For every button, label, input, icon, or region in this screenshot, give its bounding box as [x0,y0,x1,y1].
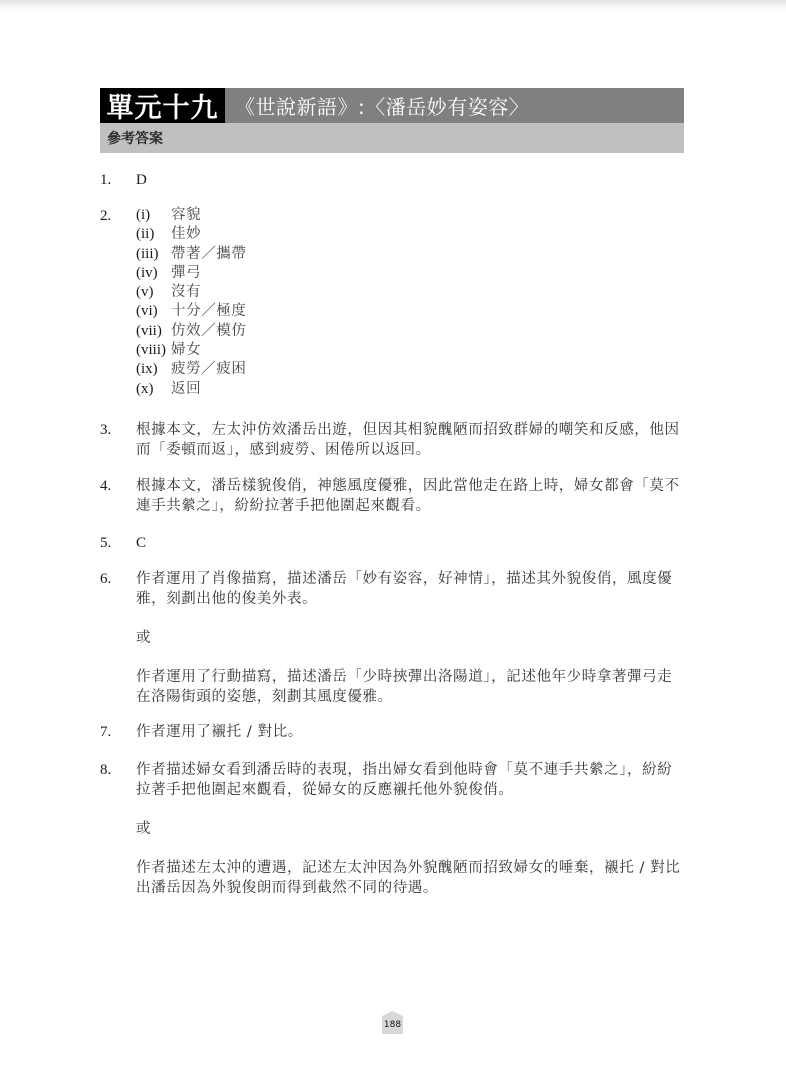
section-bar: 參考答案 [100,123,684,153]
alternative-separator: 或 [136,819,684,839]
sub-answer-item: (ii) 佳妙 [136,225,684,244]
sub-answer-item: (iii) 帶著／攜帶 [136,245,684,264]
sub-answer-item: (vii) 仿效／模仿 [136,322,684,341]
answer-text: 作者描述婦女看到潘岳時的表現，指出婦女看到他時會「莫不連手共縈之」，紛紛拉著手把… [136,760,684,800]
sub-answer-label: (i) [136,206,171,225]
answer-item-3: 3. 根據本文，左太沖仿效潘岳出遊，但因其相貌醜陋而招致群婦的嘲笑和反感，他因而… [100,420,684,460]
sub-answer-text: 佳妙 [171,225,201,244]
sub-answer-label: (ii) [136,225,171,244]
sub-answer-label: (x) [136,380,171,399]
sub-answer-item: (viii) 婦女 [136,341,684,360]
answer-text: 作者運用了襯托 / 對比。 [136,722,684,742]
sub-answer-label: (v) [136,283,171,302]
answer-body: 作者描述婦女看到潘岳時的表現，指出婦女看到他時會「莫不連手共縈之」，紛紛拉著手把… [136,760,684,898]
sub-answer-text: 帶著／攜帶 [171,245,247,264]
sub-answer-text: 彈弓 [171,264,201,283]
page-top-shadow [0,0,786,14]
sub-answer-list: (i) 容貌 (ii) 佳妙 (iii) 帶著／攜帶 (iv) 彈弓 (v) 沒… [136,206,684,399]
answer-text: 根據本文，潘岳樣貌俊俏，神態風度優雅，因此當他走在路上時，婦女都會「莫不連手共縈… [136,476,684,516]
answer-body: 作者運用了襯托 / 對比。 [136,722,684,742]
page-number: 188 [384,1020,401,1034]
answer-text: 作者運用了肖像描寫，描述潘岳「妙有姿容，好神情」，描述其外貌俊俏，風度優雅，刻劃… [136,569,684,609]
answer-text: 根據本文，左太沖仿效潘岳出遊，但因其相貌醜陋而招致群婦的嘲笑和反感，他因而「委頓… [136,420,684,460]
answer-item-8: 8. 作者描述婦女看到潘岳時的表現，指出婦女看到他時會「莫不連手共縈之」，紛紛拉… [100,760,684,898]
answer-number: 5. [100,533,136,553]
sub-answer-label: (viii) [136,341,171,360]
answer-number: 3. [100,420,136,460]
answer-text-alternative: 作者描述左太沖的遭遇，記述左太沖因為外貌醜陋而招致婦女的唾棄，襯托 / 對比出潘… [136,858,684,898]
unit-label: 單元十九 [100,88,225,123]
answer-item-1: 1. D [100,170,684,190]
sub-answer-text: 十分／極度 [171,302,247,321]
answer-item-2: 2. (i) 容貌 (ii) 佳妙 (iii) 帶著／攜帶 (iv) 彈弓 (v… [100,206,684,399]
alternative-separator: 或 [136,628,684,648]
answer-text-alternative: 作者運用了行動描寫，描述潘岳「少時挾彈出洛陽道」，記述他年少時拿著彈弓走在洛陽街… [136,667,684,707]
answer-number: 8. [100,760,136,898]
answer-body: C [136,533,684,553]
answer-item-6: 6. 作者運用了肖像描寫，描述潘岳「妙有姿容，好神情」，描述其外貌俊俏，風度優雅… [100,569,684,707]
sub-answer-text: 仿效／模仿 [171,322,247,341]
sub-answer-item: (vi) 十分／極度 [136,302,684,321]
title-bar: 單元十九 《世說新語》:〈潘岳妙有姿容〉 [100,88,684,123]
answer-item-4: 4. 根據本文，潘岳樣貌俊俏，神態風度優雅，因此當他走在路上時，婦女都會「莫不連… [100,476,684,516]
answer-text: D [136,170,684,190]
sub-answer-label: (ix) [136,360,171,379]
section-label: 參考答案 [107,128,163,148]
page-number-badge: 188 [382,1011,403,1034]
answer-number: 2. [100,206,136,399]
answer-number: 1. [100,170,136,190]
answer-text: C [136,533,684,553]
answer-body: D [136,170,684,190]
sub-answer-text: 沒有 [171,283,201,302]
answer-number: 4. [100,476,136,516]
sub-answer-item: (v) 沒有 [136,283,684,302]
sub-answer-item: (iv) 彈弓 [136,264,684,283]
sub-answer-text: 返回 [171,380,201,399]
sub-answer-item: (x) 返回 [136,380,684,399]
answer-number: 6. [100,569,136,707]
answer-body: 作者運用了肖像描寫，描述潘岳「妙有姿容，好神情」，描述其外貌俊俏，風度優雅，刻劃… [136,569,684,707]
sub-answer-text: 疲勞／疲困 [171,360,247,379]
answer-body: 根據本文，左太沖仿效潘岳出遊，但因其相貌醜陋而招致群婦的嘲笑和反感，他因而「委頓… [136,420,684,460]
unit-header: 單元十九 《世說新語》:〈潘岳妙有姿容〉 參考答案 [100,88,684,153]
answer-item-5: 5. C [100,533,684,553]
sub-answer-text: 容貌 [171,206,201,225]
sub-answer-label: (iv) [136,264,171,283]
answer-item-7: 7. 作者運用了襯托 / 對比。 [100,722,684,742]
chapter-title: 《世說新語》:〈潘岳妙有姿容〉 [225,88,529,123]
answer-number: 7. [100,722,136,742]
sub-answer-item: (i) 容貌 [136,206,684,225]
sub-answer-label: (iii) [136,245,171,264]
answer-body: 根據本文，潘岳樣貌俊俏，神態風度優雅，因此當他走在路上時，婦女都會「莫不連手共縈… [136,476,684,516]
sub-answer-text: 婦女 [171,341,201,360]
sub-answer-label: (vi) [136,302,171,321]
sub-answer-label: (vii) [136,322,171,341]
sub-answer-item: (ix) 疲勞／疲困 [136,360,684,379]
